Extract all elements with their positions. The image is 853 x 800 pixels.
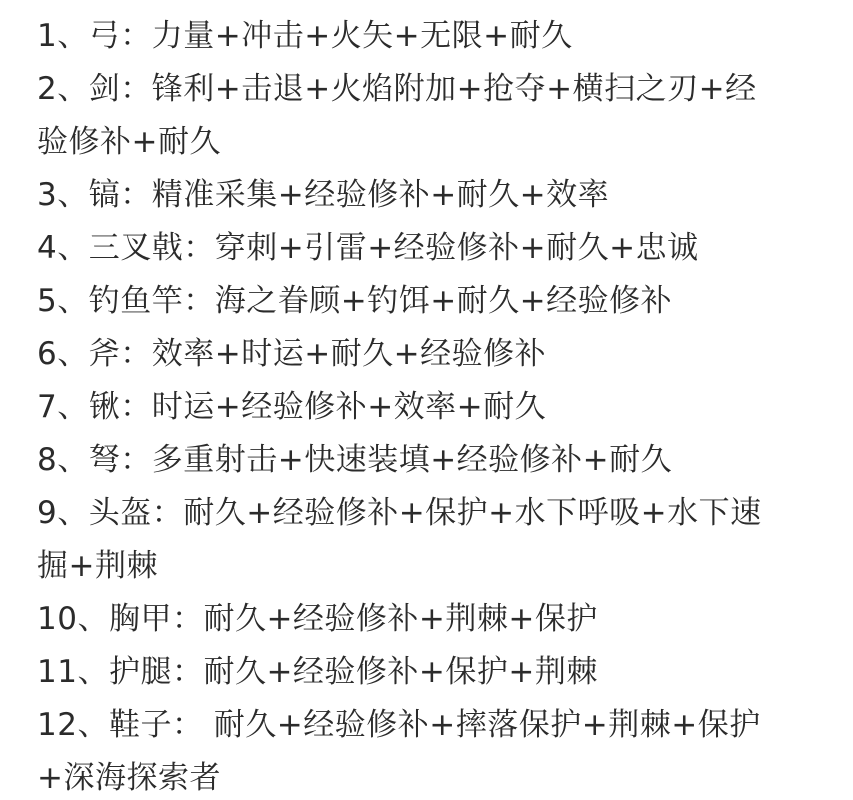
- list-line-sword: 2、剑：锋利+击退+火焰附加+抢夺+横扫之刃+经: [37, 63, 831, 116]
- list-line-leggings: 11、护腿：耐久+经验修补+保护+荆棘: [37, 646, 831, 699]
- list-line-fishing-rod: 5、钓鱼竿：海之眷顾+钓饵+耐久+经验修补: [37, 275, 831, 328]
- list-line-sword-continued: 验修补+耐久: [37, 116, 831, 169]
- enchantment-list-document: 1、弓：力量+冲击+火矢+无限+耐久 2、剑：锋利+击退+火焰附加+抢夺+横扫之…: [0, 0, 853, 800]
- list-line-axe: 6、斧：效率+时运+耐久+经验修补: [37, 328, 831, 381]
- list-line-shovel: 7、锹：时运+经验修补+效率+耐久: [37, 381, 831, 434]
- list-line-bow: 1、弓：力量+冲击+火矢+无限+耐久: [37, 10, 831, 63]
- list-line-trident: 4、三叉戟：穿刺+引雷+经验修补+耐久+忠诚: [37, 222, 831, 275]
- list-line-crossbow: 8、弩：多重射击+快速装填+经验修补+耐久: [37, 434, 831, 487]
- list-line-boots: 12、鞋子： 耐久+经验修补+摔落保护+荆棘+保护: [37, 699, 831, 752]
- list-line-helmet-continued: 掘+荆棘: [37, 540, 831, 593]
- list-line-chestplate: 10、胸甲：耐久+经验修补+荆棘+保护: [37, 593, 831, 646]
- list-line-boots-continued: +深海探索者: [37, 752, 831, 800]
- list-line-helmet: 9、头盔：耐久+经验修补+保护+水下呼吸+水下速: [37, 487, 831, 540]
- list-line-pickaxe: 3、镐：精准采集+经验修补+耐久+效率: [37, 169, 831, 222]
